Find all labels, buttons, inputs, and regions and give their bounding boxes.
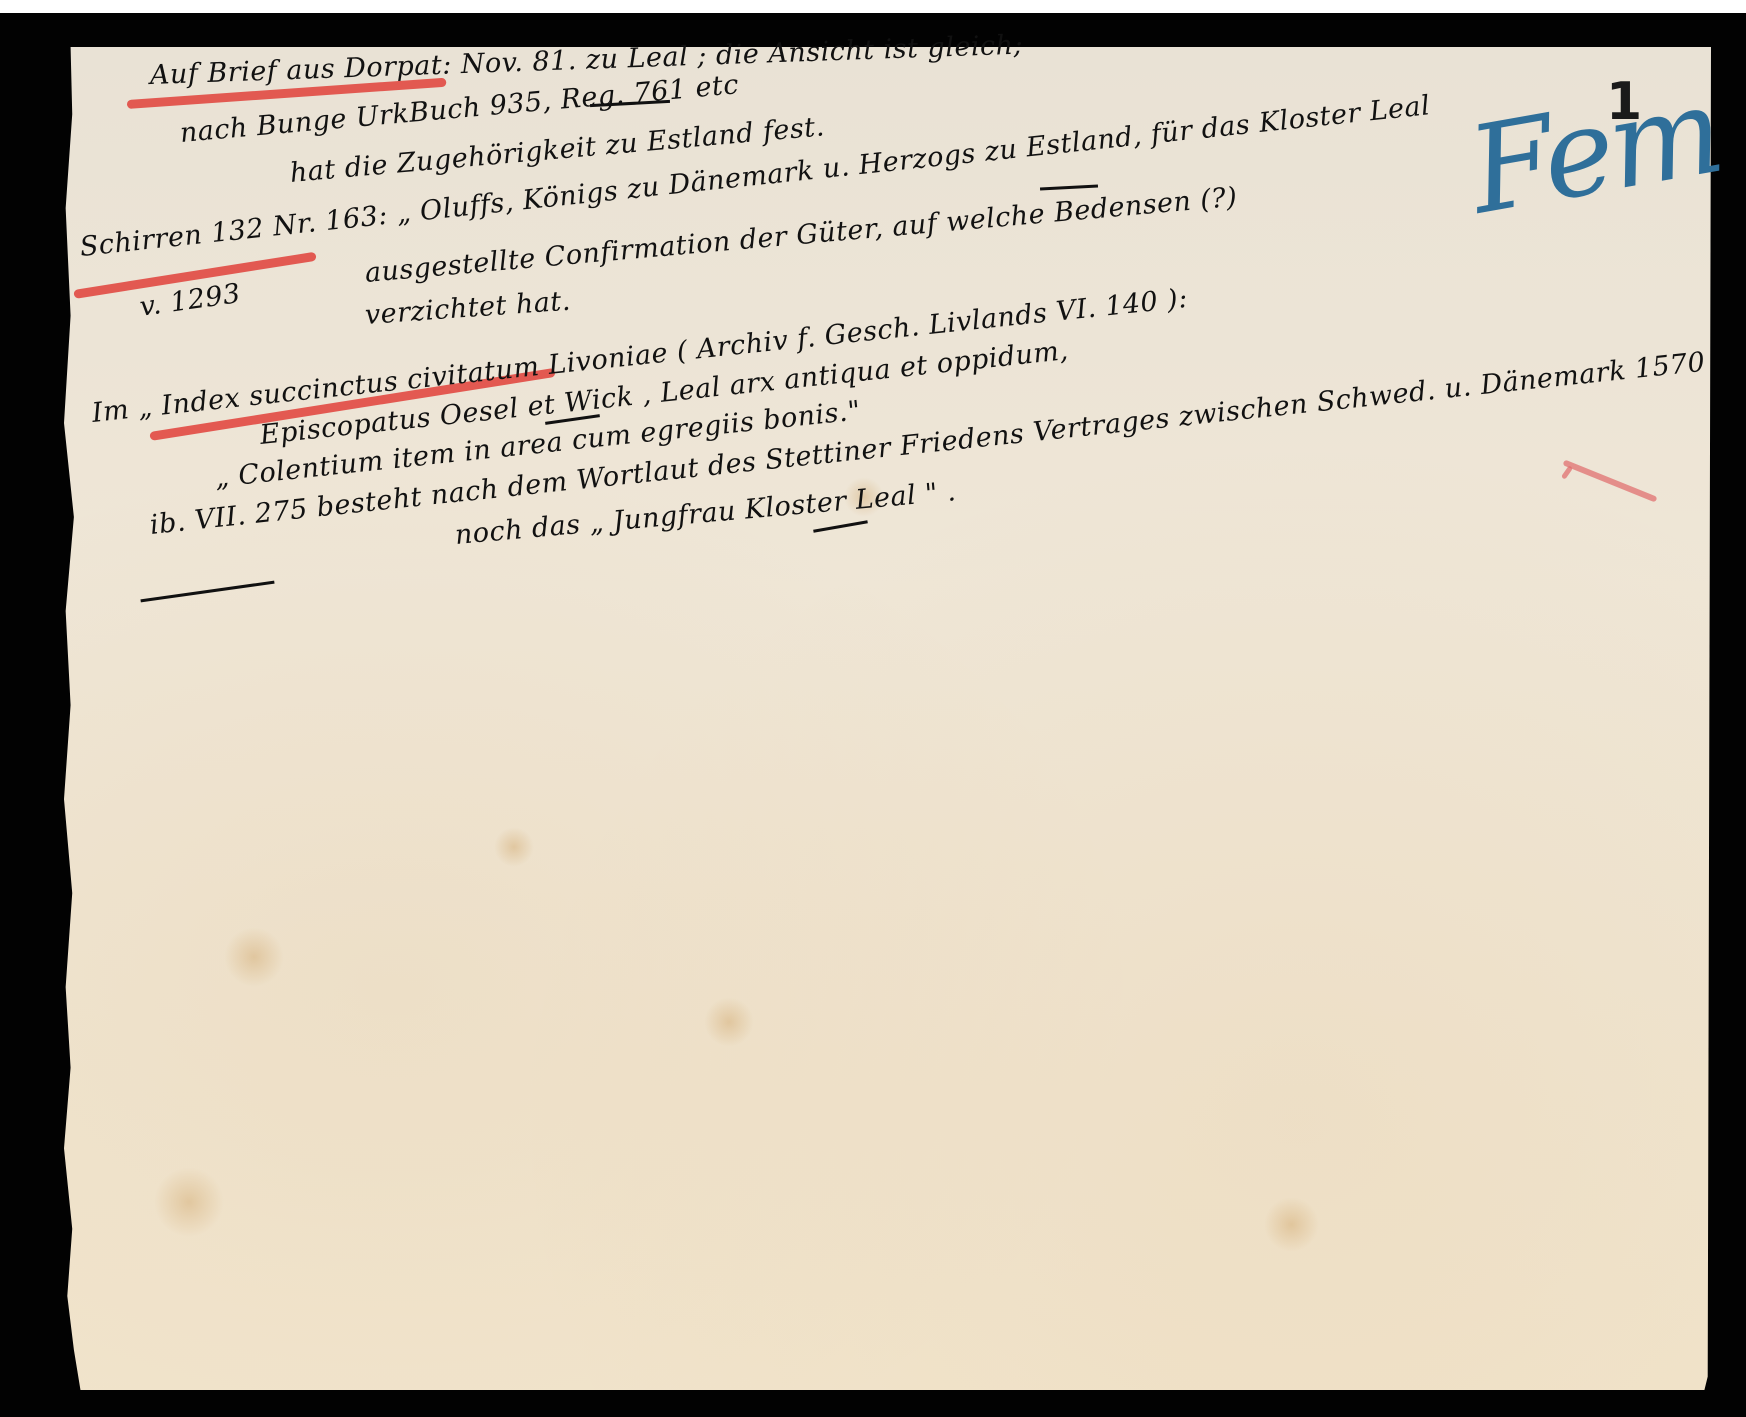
sheet-number: 1 xyxy=(1606,72,1642,132)
foxing-stain xyxy=(224,927,284,987)
foxing-stain xyxy=(154,1167,224,1237)
foxing-stain xyxy=(1264,1197,1319,1252)
foxing-stain xyxy=(704,997,754,1047)
foxing-stain xyxy=(494,827,534,867)
manuscript-page xyxy=(64,47,1711,1390)
